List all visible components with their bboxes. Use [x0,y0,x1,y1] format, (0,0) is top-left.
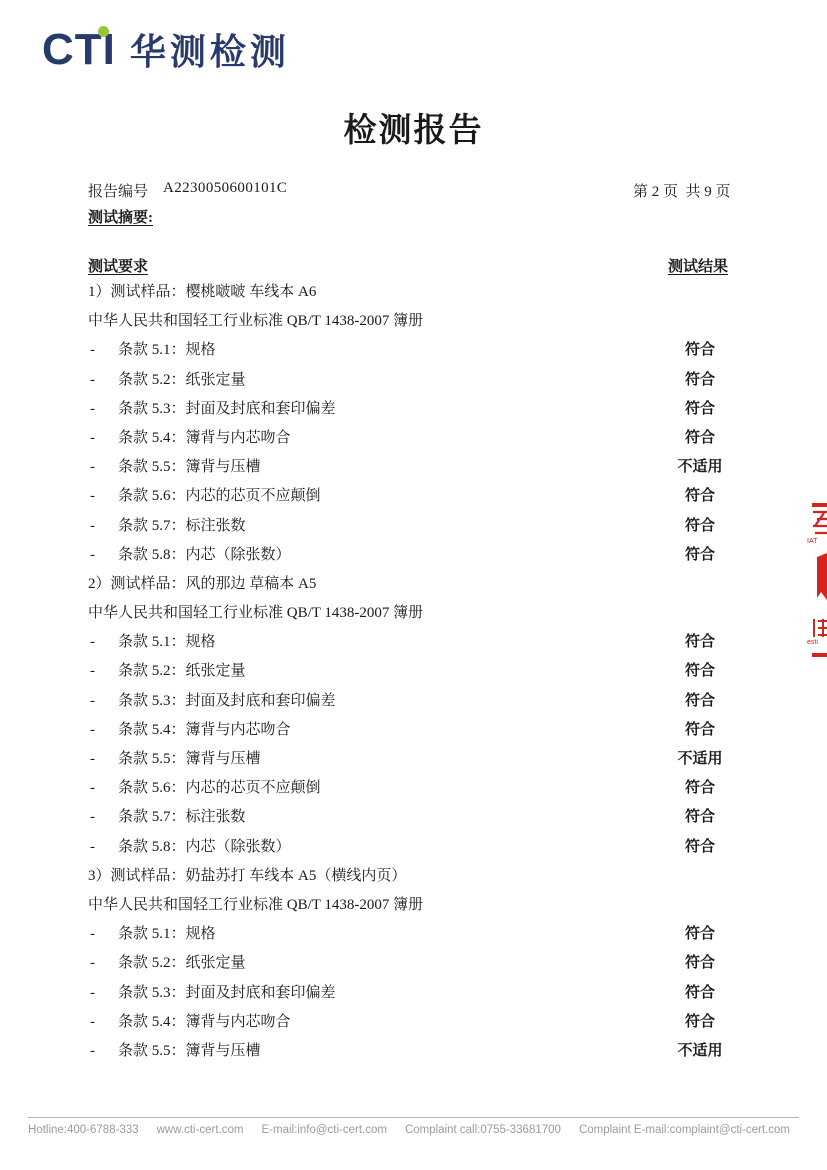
clause-row: -条款 5.5：簿背与压槽不适用 [88,745,778,774]
clause-row: -条款 5.4：簿背与内芯吻合符合 [88,716,778,745]
clause-label: 条款 5.7：标注张数 [88,803,246,832]
footer-contact-item: Complaint E-mail:complaint@cti-cert.com [579,1124,790,1136]
clause-row: -条款 5.4：簿背与内芯吻合符合 [88,424,778,453]
dash-bullet: - [90,745,95,774]
footer-contact-item: Complaint call:0755-33681700 [405,1124,561,1136]
dash-bullet: - [90,687,95,716]
sample-row: 3）测试样品：奶盐苏打 车线本 A5（横线内页） [88,862,778,891]
clause-label: 条款 5.1：规格 [88,336,216,365]
summary-heading: 测试摘要: [88,206,153,227]
clause-row: -条款 5.5：簿背与压槽不适用 [88,1037,778,1066]
clause-label: 条款 5.2：纸张定量 [88,366,246,395]
clause-label: 条款 5.3：封面及封底和套印偏差 [88,979,336,1008]
result-value: 符合 [658,1008,742,1037]
clause-label: 条款 5.5：簿背与压槽 [88,453,261,482]
dash-bullet: - [90,424,95,453]
footer-contact-item: E-mail:info@cti-cert.com [262,1124,387,1136]
result-value: 符合 [658,395,742,424]
clause-label: 条款 5.6：内芯的芯页不应颠倒 [88,774,321,803]
result-value: 符合 [658,949,742,978]
dash-bullet: - [90,979,95,1008]
stamp-partial-text-top: IAT [807,538,827,546]
clause-label: 条款 5.8：内芯（除张数） [88,541,291,570]
clause-row: -条款 5.3：封面及封底和套印偏差符合 [88,395,778,424]
result-value: 不适用 [658,453,742,482]
clause-row: -条款 5.3：封面及封底和套印偏差符合 [88,687,778,716]
clause-row: -条款 5.2：纸张定量符合 [88,657,778,686]
clause-label: 条款 5.4：簿背与内芯吻合 [88,424,291,453]
dash-bullet: - [90,657,95,686]
result-value: 符合 [658,920,742,949]
clause-row: -条款 5.2：纸张定量符合 [88,949,778,978]
clause-row: -条款 5.8：内芯（除张数）符合 [88,541,778,570]
page-indicator: 第 2 页 共 9 页 [633,180,731,201]
result-value: 符合 [658,833,742,862]
result-value: 符合 [658,424,742,453]
footer-contact-bar: Hotline:400-6788-333www.cti-cert.comE-ma… [28,1124,790,1136]
stamp-shapes-icon [807,500,827,662]
clause-row: -条款 5.6：内芯的芯页不应颠倒符合 [88,774,778,803]
result-value: 符合 [658,716,742,745]
clause-row: -条款 5.6：内芯的芯页不应颠倒符合 [88,482,778,511]
clause-label: 条款 5.4：簿背与内芯吻合 [88,716,291,745]
dash-bullet: - [90,366,95,395]
result-value: 符合 [658,774,742,803]
clause-row: -条款 5.2：纸张定量符合 [88,366,778,395]
clause-label: 条款 5.3：封面及封底和套印偏差 [88,687,336,716]
result-value: 符合 [658,628,742,657]
result-value: 不适用 [658,1037,742,1066]
clause-row: -条款 5.3：封面及封底和套印偏差符合 [88,979,778,1008]
dash-bullet: - [90,920,95,949]
standard-row: 中华人民共和国轻工行业标准 QB/T 1438-2007 簿册 [88,599,778,628]
clause-label: 条款 5.5：簿背与压槽 [88,1037,261,1066]
dash-bullet: - [90,774,95,803]
result-value: 符合 [658,336,742,365]
standard-row: 中华人民共和国轻工行业标准 QB/T 1438-2007 簿册 [88,307,778,336]
result-value: 符合 [658,803,742,832]
clause-row: -条款 5.4：簿背与内芯吻合符合 [88,1008,778,1037]
accreditation-stamp-fragment: IAT esti [807,500,827,662]
clause-label: 条款 5.6：内芯的芯页不应颠倒 [88,482,321,511]
sample-row: 1）测试样品：樱桃啵啵 车线本 A6 [88,278,778,307]
report-no-label: 报告编号 [88,180,148,201]
cti-logo-green-dot-icon [98,26,109,37]
clause-row: -条款 5.1：规格符合 [88,628,778,657]
column-header-requirement: 测试要求 [88,255,148,276]
dash-bullet: - [90,453,95,482]
footer-divider [28,1117,799,1118]
cti-logo-chinese-text: 华测检测 [130,34,290,70]
dash-bullet: - [90,803,95,832]
clause-label: 条款 5.2：纸张定量 [88,949,246,978]
clause-label: 条款 5.4：簿背与内芯吻合 [88,1008,291,1037]
clause-label: 条款 5.2：纸张定量 [88,657,246,686]
column-header-result: 测试结果 [668,255,728,276]
sample-row: 2）测试样品：风的那边 草稿本 A5 [88,570,778,599]
dash-bullet: - [90,833,95,862]
dash-bullet: - [90,716,95,745]
dash-bullet: - [90,1037,95,1066]
dash-bullet: - [90,541,95,570]
stamp-partial-text-bottom: esti [807,639,827,647]
clause-label: 条款 5.5：簿背与压槽 [88,745,261,774]
result-value: 符合 [658,512,742,541]
clause-label: 条款 5.3：封面及封底和套印偏差 [88,395,336,424]
result-value: 符合 [658,541,742,570]
clause-label: 条款 5.7：标注张数 [88,512,246,541]
report-title: 检测报告 [0,104,827,151]
clause-row: -条款 5.1：规格符合 [88,920,778,949]
dash-bullet: - [90,1008,95,1037]
clause-row: -条款 5.5：簿背与压槽不适用 [88,453,778,482]
dash-bullet: - [90,482,95,511]
footer-contact-item: Hotline:400-6788-333 [28,1124,139,1136]
clause-label: 条款 5.1：规格 [88,628,216,657]
test-summary-body: 1）测试样品：樱桃啵啵 车线本 A6中华人民共和国轻工行业标准 QB/T 143… [88,278,778,1066]
footer-contact-item: www.cti-cert.com [157,1124,244,1136]
result-value: 符合 [658,687,742,716]
result-value: 符合 [658,979,742,1008]
dash-bullet: - [90,395,95,424]
result-value: 符合 [658,482,742,511]
dash-bullet: - [90,336,95,365]
clause-label: 条款 5.1：规格 [88,920,216,949]
dash-bullet: - [90,949,95,978]
clause-row: -条款 5.8：内芯（除张数）符合 [88,833,778,862]
clause-row: -条款 5.7：标注张数符合 [88,803,778,832]
clause-row: -条款 5.7：标注张数符合 [88,512,778,541]
report-no-value: A2230050600101C [163,180,287,197]
cti-logo: CTI 华测检测 [42,24,290,77]
result-value: 符合 [658,657,742,686]
result-value: 不适用 [658,745,742,774]
result-value: 符合 [658,366,742,395]
clause-label: 条款 5.8：内芯（除张数） [88,833,291,862]
clause-row: -条款 5.1：规格符合 [88,336,778,365]
report-page: CTI 华测检测 检测报告 报告编号 A2230050600101C 第 2 页… [0,0,827,1170]
dash-bullet: - [90,628,95,657]
standard-row: 中华人民共和国轻工行业标准 QB/T 1438-2007 簿册 [88,891,778,920]
dash-bullet: - [90,512,95,541]
